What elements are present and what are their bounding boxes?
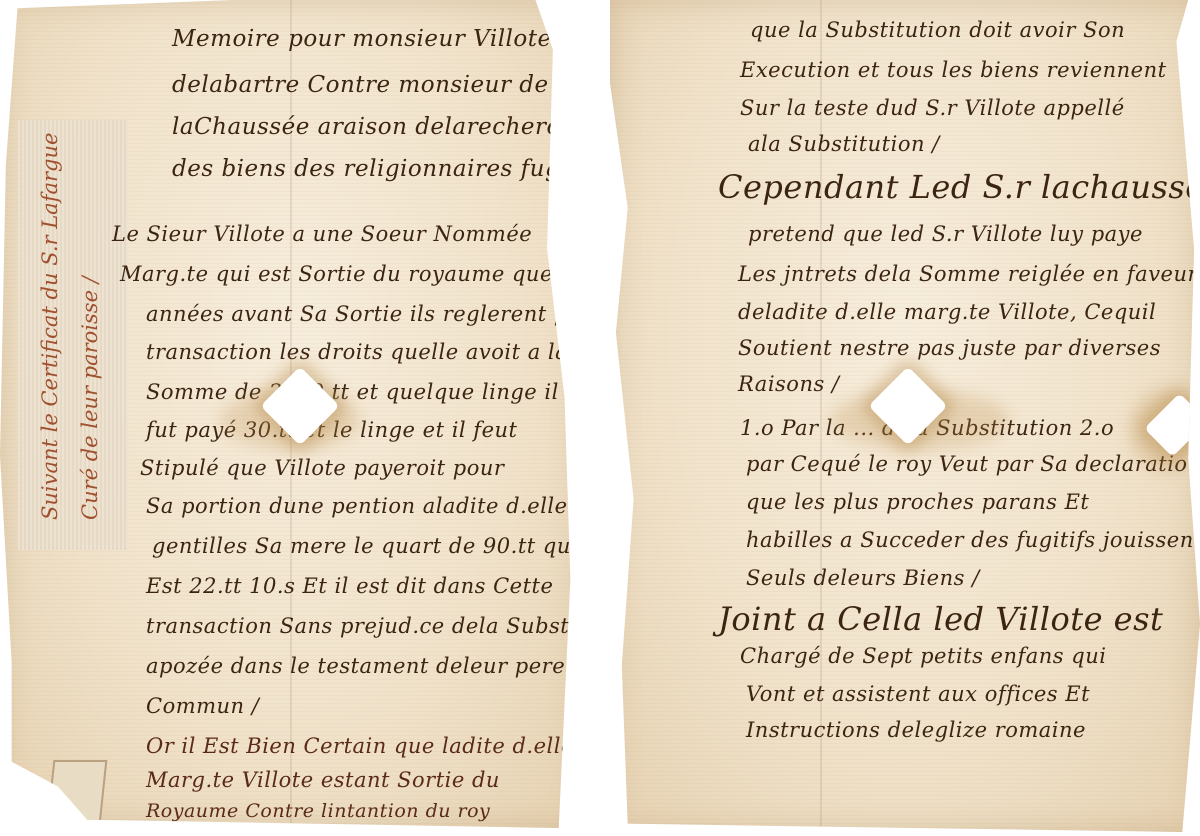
body-line: Est 22.tt 10.s Et il est dit dans Cette bbox=[146, 574, 553, 598]
body-line: par Cequé le roy Veut par Sa declaration bbox=[746, 452, 1200, 476]
body-line: habilles a Succeder des fugitifs jouisse… bbox=[746, 528, 1200, 552]
title-line: delabartre Contre monsieur de bbox=[172, 72, 549, 98]
body-line: Vont et assistent aux offices Et bbox=[746, 682, 1090, 706]
margin-note-line-1: Suivant le Certificat du S.r Lafargue bbox=[30, 133, 70, 520]
section-heading-line: Joint a Cella led Villote est bbox=[718, 600, 1163, 638]
body-line: Sur la teste dud S.r Villote appellé bbox=[740, 96, 1125, 120]
body-line: Les jntrets dela Somme reiglée en faveur bbox=[738, 262, 1198, 286]
body-line: Marg.te Villote estant Sortie du bbox=[146, 768, 500, 792]
body-line: Seuls deleurs Biens / bbox=[746, 566, 980, 590]
body-line: transaction les droits quelle avoit a la bbox=[146, 340, 568, 364]
body-line: Or il Est Bien Certain que ladite d.elle bbox=[146, 734, 574, 758]
body-line: pretend que led S.r Villote luy paye bbox=[748, 222, 1143, 246]
margin-note: Suivant le Certificat du S.r Lafargue Cu… bbox=[30, 133, 110, 520]
manuscript-page-right: que la Substitution doit avoir Son Execu… bbox=[610, 0, 1200, 832]
body-line: Royaume Contre lintantion du roy bbox=[146, 800, 490, 822]
title-line: laChaussée araison delarecherche bbox=[172, 114, 589, 140]
torn-paper-tab bbox=[47, 760, 108, 824]
body-line: que les plus proches parans Et bbox=[746, 490, 1089, 514]
body-line: Raisons / bbox=[738, 372, 840, 396]
body-line: Execution et tous les biens reviennent bbox=[740, 58, 1167, 82]
body-line: Soutient nestre pas juste par diverses bbox=[738, 336, 1161, 360]
body-line: années avant Sa Sortie ils reglerent par bbox=[146, 302, 591, 326]
body-line: Le Sieur Villote a une Soeur Nommée bbox=[112, 222, 532, 246]
title-line: des biens des religionnaires fugitifs bbox=[172, 156, 607, 182]
title-line: Memoire pour monsieur Villote bbox=[172, 26, 552, 52]
body-line: transaction Sans prejud.ce dela Substitu… bbox=[146, 614, 643, 638]
body-line: Chargé de Sept petits enfans qui bbox=[740, 644, 1106, 668]
body-line: que la Substitution doit avoir Son bbox=[750, 18, 1125, 42]
body-line: ala Substitution / bbox=[748, 132, 940, 156]
section-heading-line: Cependant Led S.r lachaussée bbox=[718, 168, 1200, 206]
body-line: apozée dans le testament deleur pere bbox=[146, 654, 565, 678]
manuscript-page-left: Suivant le Certificat du S.r Lafargue Cu… bbox=[0, 0, 582, 828]
body-line: Stipulé que Villote payeroit pour bbox=[140, 456, 504, 480]
body-line: Instructions deleglize romaine bbox=[746, 718, 1086, 742]
body-line: Commun / bbox=[146, 694, 259, 718]
margin-note-line-2: Curé de leur paroisse / bbox=[70, 133, 110, 520]
body-line: Marg.te qui est Sortie du royaume quelqu… bbox=[120, 262, 612, 286]
body-line: Somme de 2800.tt et quelque linge il en bbox=[146, 380, 593, 404]
body-line: gentilles Sa mere le quart de 90.tt qui bbox=[152, 534, 578, 558]
body-line: deladite d.elle marg.te Villote, Cequil bbox=[738, 300, 1156, 324]
body-line: Sa portion dune pention aladite d.elle d… bbox=[146, 494, 602, 518]
